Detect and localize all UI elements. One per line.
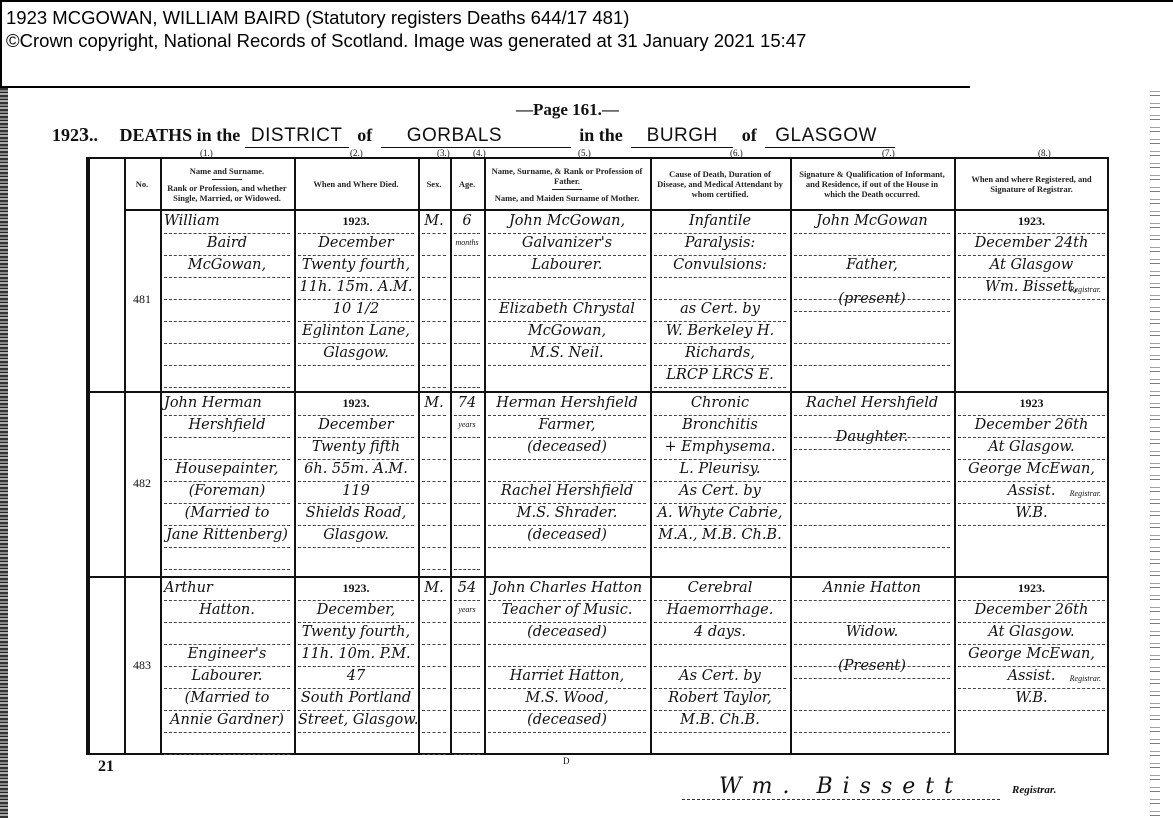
handwritten-line: December, bbox=[298, 600, 414, 623]
handwritten-line: LRCP LRCS E. bbox=[654, 365, 786, 388]
handwritten-line bbox=[164, 343, 290, 366]
handwritten-line bbox=[422, 503, 446, 526]
handwritten-line: Convulsions: bbox=[654, 255, 786, 278]
handwritten-line: 4 days. bbox=[654, 622, 786, 645]
handwritten-line: Father, bbox=[794, 255, 950, 278]
handwritten-line: John McGowan bbox=[794, 211, 950, 234]
handwritten-line bbox=[454, 525, 480, 548]
registrar-signature: Wm. Bissett bbox=[682, 774, 1000, 800]
header-age: Age. bbox=[450, 159, 484, 209]
informant-cell: Rachel HershfieldDaughter. bbox=[790, 391, 954, 576]
handwritten-line bbox=[454, 547, 480, 570]
footer-mark: D bbox=[563, 756, 570, 766]
handwritten-line bbox=[794, 481, 950, 504]
handwritten-line: (deceased) bbox=[488, 710, 646, 733]
handwritten-line: At Glasgow. bbox=[958, 622, 1105, 645]
deceased-name-cell: ArthurHatton.Engineer'sLabourer.(Married… bbox=[160, 576, 294, 755]
handwritten-line: + Emphysema. bbox=[654, 437, 786, 460]
handwritten-line: 47 bbox=[298, 666, 414, 689]
handwritten-line bbox=[422, 365, 446, 388]
cause-cell: ChronicBronchitis+ Emphysema.L. Pleurisy… bbox=[650, 391, 790, 576]
handwritten-line: Twenty fourth, bbox=[298, 255, 414, 278]
year-suffix: 3 bbox=[79, 124, 89, 147]
parents-cell: John McGowan,Galvanizer'sLabourer.Elizab… bbox=[484, 209, 650, 391]
title-in-the: in the bbox=[579, 125, 623, 146]
handwritten-line: Annie Gardner) bbox=[164, 710, 290, 733]
handwritten-line: As Cert. by bbox=[654, 666, 786, 689]
handwritten-line bbox=[164, 437, 290, 460]
handwritten-line bbox=[454, 688, 480, 711]
registered-cell: 1923.December 24thAt GlasgowWm. Bissett,… bbox=[954, 209, 1109, 391]
handwritten-line: Robert Taylor, bbox=[654, 688, 786, 711]
handwritten-line: Eglinton Lane, bbox=[298, 321, 414, 344]
register-title: 1923.. DEATHS in the DISTRICT of GORBALS… bbox=[52, 124, 895, 148]
handwritten-line: Daughter. bbox=[794, 427, 950, 450]
handwritten-line: M.A., M.B. Ch.B. bbox=[654, 525, 786, 548]
handwritten-line bbox=[422, 600, 446, 623]
handwritten-line bbox=[164, 732, 290, 755]
deceased-name-cell: John HermanHershfieldHousepainter,(Forem… bbox=[160, 391, 294, 576]
handwritten-line: 1923. bbox=[298, 211, 414, 234]
handwritten-line: At Glasgow. bbox=[958, 437, 1105, 460]
handwritten-line: M. bbox=[422, 578, 446, 601]
handwritten-line bbox=[422, 622, 446, 645]
handwritten-line bbox=[422, 299, 446, 322]
handwritten-line bbox=[454, 255, 480, 278]
handwritten-line: John McGowan, bbox=[488, 211, 646, 234]
handwritten-line: Labourer. bbox=[164, 666, 290, 689]
handwritten-line bbox=[794, 321, 950, 344]
register-entry-row: 482John HermanHershfieldHousepainter,(Fo… bbox=[88, 391, 1107, 576]
handwritten-line: (Married to bbox=[164, 503, 290, 526]
handwritten-line bbox=[422, 459, 446, 482]
handwritten-line bbox=[454, 666, 480, 689]
handwritten-line: Street, Glasgow. bbox=[298, 710, 414, 733]
entry-number: 481 bbox=[124, 292, 160, 307]
registered-cell: 1923December 26thAt Glasgow.George McEwa… bbox=[954, 391, 1109, 576]
handwritten-line: Widow. bbox=[794, 622, 950, 645]
handwritten-line bbox=[422, 255, 446, 278]
copyright-notice: ©Crown copyright, National Records of Sc… bbox=[2, 29, 1173, 52]
deceased-name-cell: WilliamBairdMcGowan, bbox=[160, 209, 294, 391]
district-type: DISTRICT bbox=[245, 125, 349, 148]
cause-cell: InfantileParalysis:Convulsions:as Cert. … bbox=[650, 209, 790, 391]
handwritten-line bbox=[422, 437, 446, 460]
parents-cell: John Charles HattonTeacher of Music.(dec… bbox=[484, 576, 650, 755]
handwritten-line bbox=[454, 365, 480, 388]
handwritten-line: 54 bbox=[454, 578, 480, 601]
handwritten-line: Twenty fourth, bbox=[298, 622, 414, 645]
handwritten-line bbox=[794, 503, 950, 526]
handwritten-line bbox=[454, 299, 480, 322]
handwritten-line bbox=[454, 321, 480, 344]
register-entry-row: 483ArthurHatton.Engineer'sLabourer.(Marr… bbox=[88, 576, 1107, 755]
handwritten-line: (present) bbox=[794, 289, 950, 312]
handwritten-line bbox=[794, 710, 950, 733]
age-cell: 6months bbox=[450, 209, 484, 391]
handwritten-line bbox=[164, 277, 290, 300]
handwritten-line: John Charles Hatton bbox=[488, 578, 646, 601]
handwritten-line: (deceased) bbox=[488, 525, 646, 548]
handwritten-line bbox=[454, 343, 480, 366]
handwritten-line: years bbox=[454, 600, 480, 623]
handwritten-line bbox=[422, 710, 446, 733]
registrar-role-label: Registrar. bbox=[1070, 285, 1101, 294]
when-where-died-cell: 1923.December,Twenty fourth,11h. 10m. P.… bbox=[294, 576, 418, 755]
handwritten-line: Hershfield bbox=[164, 415, 290, 438]
handwritten-line: Glasgow. bbox=[298, 343, 414, 366]
header-parents-bottom: Name, and Maiden Surname of Mother. bbox=[495, 193, 639, 203]
handwritten-line: Jane Rittenberg) bbox=[164, 525, 290, 548]
handwritten-line: Annie Hatton bbox=[794, 578, 950, 601]
handwritten-line: 1923. bbox=[298, 393, 414, 416]
header-cause: Cause of Death, Duration of Disease, and… bbox=[650, 159, 790, 209]
handwritten-line bbox=[422, 666, 446, 689]
handwritten-line: 74 bbox=[454, 393, 480, 416]
handwritten-line bbox=[164, 622, 290, 645]
handwritten-line: W.B. bbox=[958, 503, 1105, 526]
handwritten-line bbox=[454, 622, 480, 645]
handwritten-line: 10 1/2 bbox=[298, 299, 414, 322]
header-name-top: Name and Surname. bbox=[190, 166, 264, 176]
handwritten-line: Cerebral bbox=[654, 578, 786, 601]
handwritten-line: William bbox=[164, 211, 290, 234]
handwritten-line bbox=[422, 233, 446, 256]
handwritten-line: 119 bbox=[298, 481, 414, 504]
handwritten-line: (deceased) bbox=[488, 437, 646, 460]
handwritten-line bbox=[164, 321, 290, 344]
page-label: —Page 161.— bbox=[516, 100, 619, 120]
when-where-died-cell: 1923.DecemberTwenty fifth6h. 55m. A.M.11… bbox=[294, 391, 418, 576]
header-parents-top: Name, Surname, & Rank or Profession of F… bbox=[488, 166, 646, 186]
header-name: Name and Surname. Rank or Profession, an… bbox=[160, 159, 294, 209]
handwritten-line bbox=[454, 437, 480, 460]
handwritten-line: M. bbox=[422, 211, 446, 234]
handwritten-line: Herman Hershfield bbox=[488, 393, 646, 416]
handwritten-line bbox=[794, 343, 950, 366]
handwritten-line bbox=[422, 547, 446, 570]
district-name: GORBALS bbox=[381, 125, 571, 148]
handwritten-line: 6 bbox=[454, 211, 480, 234]
handwritten-line: months bbox=[454, 233, 480, 256]
scan-edge-right bbox=[1150, 88, 1160, 818]
handwritten-line: Engineer's bbox=[164, 644, 290, 667]
handwritten-line bbox=[422, 415, 446, 438]
header-informant: Signature & Qualification of Informant, … bbox=[790, 159, 954, 209]
register-table: No. Name and Surname. Rank or Profession… bbox=[86, 157, 1109, 755]
handwritten-line bbox=[422, 688, 446, 711]
informant-cell: John McGowanFather,(present) bbox=[790, 209, 954, 391]
parents-cell: Herman HershfieldFarmer,(deceased)Rachel… bbox=[484, 391, 650, 576]
handwritten-line bbox=[164, 365, 290, 388]
handwritten-line: December bbox=[298, 415, 414, 438]
handwritten-line: December 26th bbox=[958, 415, 1105, 438]
sex-cell: M. bbox=[418, 391, 450, 576]
handwritten-line: John Herman bbox=[164, 393, 290, 416]
burgh-type: BURGH bbox=[631, 125, 733, 148]
handwritten-line: Labourer. bbox=[488, 255, 646, 278]
handwritten-line: as Cert. by bbox=[654, 299, 786, 322]
footer-page-number: 21 bbox=[98, 758, 114, 776]
handwritten-line: Harriet Hatton, bbox=[488, 666, 646, 689]
register-entry-row: 481WilliamBairdMcGowan,1923.DecemberTwen… bbox=[88, 209, 1107, 391]
title-of-2: of bbox=[742, 125, 757, 146]
handwritten-line: (Foreman) bbox=[164, 481, 290, 504]
sex-cell: M. bbox=[418, 576, 450, 755]
handwritten-line: (Married to bbox=[164, 688, 290, 711]
header-parents: Name, Surname, & Rank or Profession of F… bbox=[484, 159, 650, 209]
handwritten-line: Rachel Hershfield bbox=[794, 393, 950, 416]
handwritten-line: M.S. Wood, bbox=[488, 688, 646, 711]
header-no: No. bbox=[124, 159, 160, 209]
handwritten-line bbox=[454, 459, 480, 482]
handwritten-line: As Cert. by bbox=[654, 481, 786, 504]
handwritten-line: 11h. 15m. A.M. bbox=[298, 277, 414, 300]
handwritten-line: Richards, bbox=[654, 343, 786, 366]
header-when-where: When and Where Died. bbox=[294, 159, 418, 209]
age-cell: 74years bbox=[450, 391, 484, 576]
handwritten-line bbox=[422, 321, 446, 344]
handwritten-line bbox=[164, 299, 290, 322]
cause-cell: CerebralHaemorrhage.4 days.As Cert. byRo… bbox=[650, 576, 790, 755]
handwritten-line: Paralysis: bbox=[654, 233, 786, 256]
handwritten-line: M.B. Ch.B. bbox=[654, 710, 786, 733]
handwritten-line: Farmer, bbox=[488, 415, 646, 438]
registrar-role-label: Registrar. bbox=[1070, 674, 1101, 683]
handwritten-line: At Glasgow bbox=[958, 255, 1105, 278]
entry-number: 482 bbox=[124, 476, 160, 491]
handwritten-line: Housepainter, bbox=[164, 459, 290, 482]
sex-cell: M. bbox=[418, 209, 450, 391]
age-cell: 54years bbox=[450, 576, 484, 755]
record-title: 1923 MCGOWAN, WILLIAM BAIRD (Statutory r… bbox=[2, 6, 1173, 29]
handwritten-line: (Present) bbox=[794, 656, 950, 679]
burgh-name: GLASGOW bbox=[765, 125, 895, 148]
handwritten-line: Haemorrhage. bbox=[654, 600, 786, 623]
handwritten-line bbox=[422, 277, 446, 300]
handwritten-line: Elizabeth Chrystal bbox=[488, 299, 646, 322]
handwritten-line: years bbox=[454, 415, 480, 438]
when-where-died-cell: 1923.DecemberTwenty fourth,11h. 15m. A.M… bbox=[294, 209, 418, 391]
handwritten-line: M.S. Neil. bbox=[488, 343, 646, 366]
handwritten-line bbox=[422, 644, 446, 667]
handwritten-line: George McEwan, bbox=[958, 644, 1105, 667]
header-registered: When and where Registered, and Signature… bbox=[954, 159, 1109, 209]
handwritten-line: 6h. 55m. A.M. bbox=[298, 459, 414, 482]
handwritten-line bbox=[454, 503, 480, 526]
registrar-label: Registrar. bbox=[1012, 784, 1056, 796]
handwritten-line bbox=[794, 688, 950, 711]
register-page-image: —Page 161.— 1923.. DEATHS in the DISTRIC… bbox=[0, 88, 1173, 818]
handwritten-line bbox=[654, 644, 786, 667]
handwritten-line bbox=[454, 732, 480, 755]
handwritten-line: Rachel Hershfield bbox=[488, 481, 646, 504]
handwritten-line bbox=[454, 710, 480, 733]
handwritten-line bbox=[654, 277, 786, 300]
handwritten-line: December 26th bbox=[958, 600, 1105, 623]
year-prefix: 192 bbox=[52, 125, 79, 146]
handwritten-line: Bronchitis bbox=[654, 415, 786, 438]
registrar-role-label: Registrar. bbox=[1070, 489, 1101, 498]
handwritten-line: Hatton. bbox=[164, 600, 290, 623]
title-of-1: of bbox=[357, 125, 372, 146]
handwritten-line: December 24th bbox=[958, 233, 1105, 256]
handwritten-line bbox=[794, 459, 950, 482]
handwritten-line: Infantile bbox=[654, 211, 786, 234]
handwritten-line: (deceased) bbox=[488, 622, 646, 645]
informant-cell: Annie HattonWidow.(Present) bbox=[790, 576, 954, 755]
handwritten-line: M. bbox=[422, 393, 446, 416]
handwritten-line bbox=[454, 644, 480, 667]
handwritten-line: McGowan, bbox=[164, 255, 290, 278]
handwritten-line: L. Pleurisy. bbox=[654, 459, 786, 482]
handwritten-line bbox=[422, 525, 446, 548]
handwritten-line bbox=[488, 277, 646, 300]
header-name-bottom: Rank or Profession, and whether Single, … bbox=[164, 183, 290, 203]
handwritten-line bbox=[422, 343, 446, 366]
handwritten-line: Chronic bbox=[654, 393, 786, 416]
handwritten-line: W.B. bbox=[958, 688, 1105, 711]
handwritten-line bbox=[454, 481, 480, 504]
handwritten-line bbox=[488, 644, 646, 667]
handwritten-line: Baird bbox=[164, 233, 290, 256]
handwritten-line: Glasgow. bbox=[298, 525, 414, 548]
entry-number: 483 bbox=[124, 658, 160, 673]
handwritten-line: 11h. 10m. P.M. bbox=[298, 644, 414, 667]
handwritten-line: McGowan, bbox=[488, 321, 646, 344]
scan-edge-left bbox=[0, 88, 8, 818]
handwritten-line: December bbox=[298, 233, 414, 256]
handwritten-line: Twenty fifth bbox=[298, 437, 414, 460]
handwritten-line: 1923. bbox=[958, 211, 1105, 234]
handwritten-line bbox=[794, 600, 950, 623]
handwritten-line: W. Berkeley H. bbox=[654, 321, 786, 344]
handwritten-line bbox=[488, 459, 646, 482]
handwritten-line: Galvanizer's bbox=[488, 233, 646, 256]
header-sex: Sex. bbox=[418, 159, 450, 209]
handwritten-line: 1923. bbox=[958, 578, 1105, 601]
handwritten-line: 1923. bbox=[298, 578, 414, 601]
handwritten-line: A. Whyte Cabrie, bbox=[654, 503, 786, 526]
handwritten-line bbox=[794, 233, 950, 256]
handwritten-line: Teacher of Music. bbox=[488, 600, 646, 623]
handwritten-line bbox=[422, 732, 446, 755]
handwritten-line: George McEwan, bbox=[958, 459, 1105, 482]
handwritten-line bbox=[794, 525, 950, 548]
handwritten-line: South Portland bbox=[298, 688, 414, 711]
record-caption: 1923 MCGOWAN, WILLIAM BAIRD (Statutory r… bbox=[0, 0, 1173, 86]
handwritten-line: 1923 bbox=[958, 393, 1105, 416]
registered-cell: 1923.December 26thAt Glasgow.George McEw… bbox=[954, 576, 1109, 755]
handwritten-line: M.S. Shrader. bbox=[488, 503, 646, 526]
handwritten-line: Shields Road, bbox=[298, 503, 414, 526]
handwritten-line bbox=[422, 481, 446, 504]
handwritten-line bbox=[454, 277, 480, 300]
handwritten-line: Arthur bbox=[164, 578, 290, 601]
title-deaths: DEATHS in the bbox=[120, 125, 241, 146]
handwritten-line bbox=[164, 547, 290, 570]
